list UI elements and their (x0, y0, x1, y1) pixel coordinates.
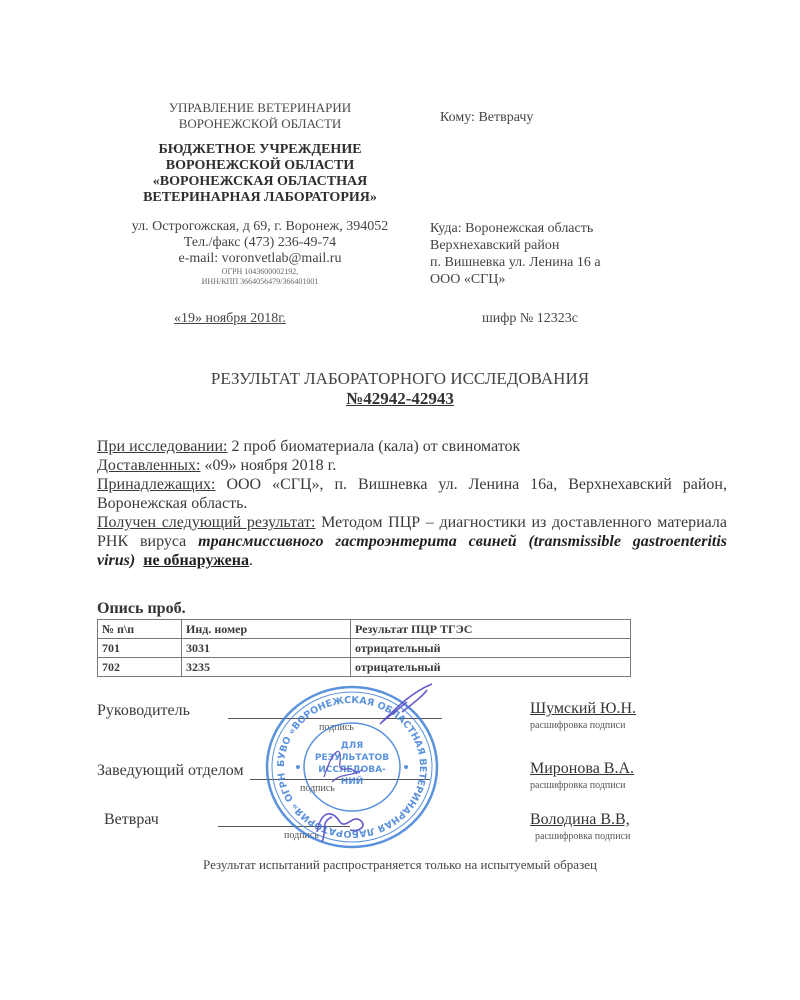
table-cell: отрицательный (351, 658, 631, 677)
signer-decode: расшифровка подписи (530, 720, 625, 731)
signer-name: Миронова В.А. (530, 760, 634, 778)
owner-label: Принадлежащих: (97, 476, 216, 493)
study-line: При исследовании: 2 проб биоматериала (к… (97, 437, 727, 456)
signer-name: Шумский Ю.Н. (530, 700, 636, 718)
table-cell: 701 (98, 639, 182, 658)
signer-name: Володина В.В, (530, 811, 630, 829)
study-details: При исследовании: 2 проб биоматериала (к… (97, 437, 727, 570)
table-row: 701 3031 отрицательный (98, 639, 631, 658)
result-line: Получен следующий результат: Методом ПЦР… (97, 513, 727, 570)
org-email: e-mail: voronvetlab@mail.ru (100, 251, 420, 267)
destination-line-1: Куда: Воронежская область (430, 220, 601, 237)
destination-line-4: ООО «СГЦ» (430, 271, 601, 288)
delivered-line: Доставленных: «09» ноября 2018 г. (97, 456, 727, 475)
signature-role: Ветврач (104, 811, 159, 829)
destination-line-2: Верхнехавский район (430, 237, 601, 254)
org-name-line-3: «ВОРОНЕЖСКАЯ ОБЛАСТНАЯ (110, 174, 410, 190)
footer-note: Результат испытаний распространяется тол… (150, 857, 650, 873)
org-name: БЮДЖЕТНОЕ УЧРЕЖДЕНИЕ ВОРОНЕЖСКОЙ ОБЛАСТИ… (110, 142, 410, 206)
cipher: шифр № 12323с (482, 311, 578, 327)
signature-role: Руководитель (97, 702, 190, 720)
org-ogrn: ОГРН 1043600002192, (100, 267, 420, 277)
table-header: Результат ПЦР ТГЭС (351, 620, 631, 639)
svg-text:РЕЗУЛЬТАТОВ: РЕЗУЛЬТАТОВ (315, 753, 389, 763)
recipient: Кому: Ветврачу (440, 110, 533, 126)
stamp-icon: БУВО «ВОРОНЕЖСКАЯ ОБЛАСТНАЯ ВЕТЕРИНАРНАЯ… (262, 682, 442, 852)
result-end: . (249, 552, 253, 569)
result-heading: РЕЗУЛЬТАТ ЛАБОРАТОРНОГО ИССЛЕДОВАНИЯ (150, 369, 650, 389)
table-cell: 3235 (182, 658, 351, 677)
org-phone: Тел./факс (473) 236-49-74 (100, 235, 420, 251)
table-cell: 702 (98, 658, 182, 677)
svg-text:НИЙ: НИЙ (341, 775, 364, 787)
org-parent-line-2: ВОРОНЕЖСКОЙ ОБЛАСТИ (120, 116, 400, 132)
table-header: Инд. номер (182, 620, 351, 639)
result-label: Получен следующий результат: (97, 514, 315, 531)
table-header-row: № п\п Инд. номер Результат ПЦР ТГЭС (98, 620, 631, 639)
org-name-line-1: БЮДЖЕТНОЕ УЧРЕЖДЕНИЕ (110, 142, 410, 158)
table-cell: отрицательный (351, 639, 631, 658)
org-parent: УПРАВЛЕНИЕ ВЕТЕРИНАРИИ ВОРОНЕЖСКОЙ ОБЛАС… (120, 100, 400, 132)
destination-line-3: п. Вишневка ул. Ленина 16 а (430, 254, 601, 271)
delivered-value: «09» ноября 2018 г. (200, 457, 336, 474)
study-value: 2 проб биоматериала (кала) от свиноматок (227, 438, 520, 455)
table-cell: 3031 (182, 639, 351, 658)
samples-table: № п\п Инд. номер Результат ПЦР ТГЭС 701 … (97, 619, 631, 677)
table-row: 702 3235 отрицательный (98, 658, 631, 677)
org-parent-line-1: УПРАВЛЕНИЕ ВЕТЕРИНАРИИ (120, 100, 400, 116)
result-number: №42942-42943 (150, 389, 650, 409)
samples-title: Опись проб. (97, 600, 186, 618)
signer-decode: расшифровка подписи (535, 831, 630, 842)
signer-decode: расшифровка подписи (530, 780, 625, 791)
svg-text:ДЛЯ: ДЛЯ (341, 741, 363, 751)
study-label: При исследовании: (97, 438, 227, 455)
result-title: РЕЗУЛЬТАТ ЛАБОРАТОРНОГО ИССЛЕДОВАНИЯ №42… (150, 369, 650, 409)
result-conclusion: не обнаружена (143, 552, 249, 569)
owner-line: Принадлежащих: ООО «СГЦ», п. Вишневка ул… (97, 475, 727, 513)
org-address: ул. Острогожская, д 69, г. Воронеж, 3940… (100, 219, 420, 235)
delivered-label: Доставленных: (97, 457, 200, 474)
official-stamp: БУВО «ВОРОНЕЖСКАЯ ОБЛАСТНАЯ ВЕТЕРИНАРНАЯ… (262, 682, 442, 852)
org-contacts: ул. Острогожская, д 69, г. Воронеж, 3940… (100, 219, 420, 287)
signature-role: Заведующий отделом (97, 762, 244, 780)
org-name-line-4: ВЕТЕРИНАРНАЯ ЛАБОРАТОРИЯ» (110, 190, 410, 206)
table-header: № п\п (98, 620, 182, 639)
org-name-line-2: ВОРОНЕЖСКОЙ ОБЛАСТИ (110, 158, 410, 174)
org-inn-kpp: ИНН/КПП 3664056479/366401001 (100, 277, 420, 287)
document-date: «19» ноября 2018г. (174, 311, 286, 327)
destination: Куда: Воронежская область Верхнехавский … (430, 220, 601, 288)
